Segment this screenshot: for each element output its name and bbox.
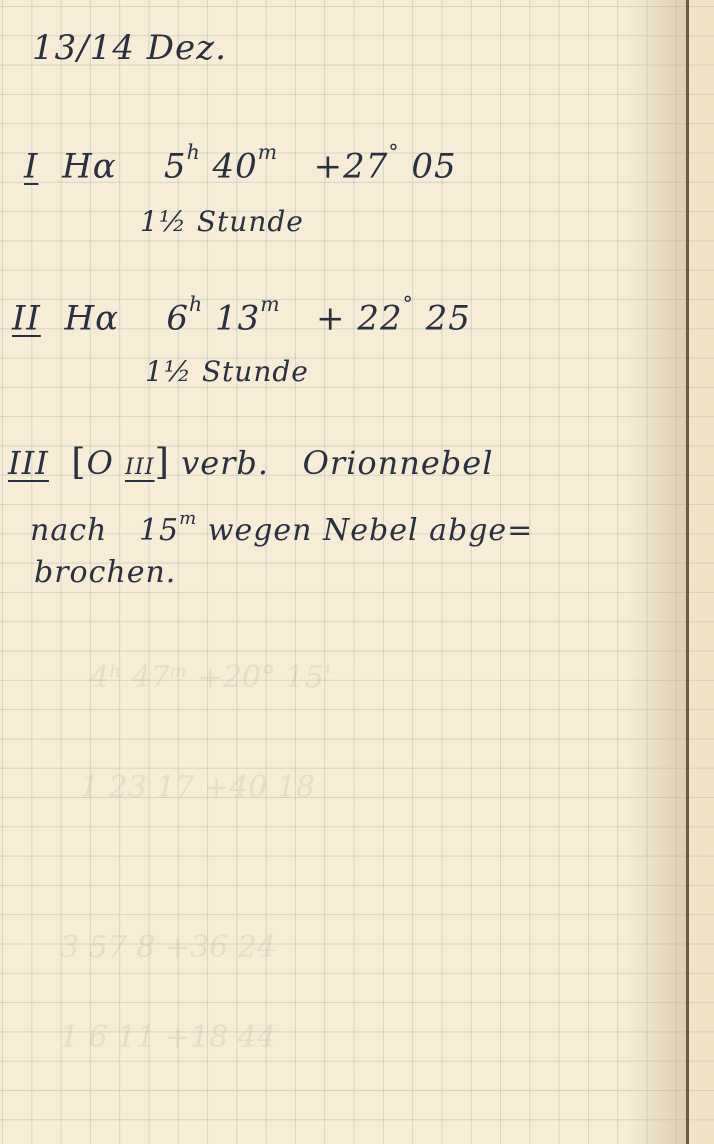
entry-2-ra-minutes: 13: [215, 298, 260, 338]
entry-3-time: 15: [139, 513, 179, 548]
entry-2-ra-hours: 6: [166, 298, 189, 338]
notebook-page: 4ʰ 47ᵐ +20° 15' 1 23 17 +40 18 3 57 8 +3…: [0, 0, 686, 1144]
entry-3-time-unit: m: [179, 508, 197, 529]
entry-3-target: Orionnebel: [303, 444, 494, 482]
show-through-text: 3 57 8 +36 24: [60, 930, 276, 965]
entry-3-rest: wegen Nebel abge=: [208, 513, 534, 548]
entry-2-duration-text: 1½ Stunde: [145, 355, 309, 388]
entry-3-bracket-open: [: [71, 440, 86, 483]
entry-3-ion-stage: III: [125, 454, 155, 480]
entry-3-numeral: III: [8, 444, 49, 482]
entry-2-ra-h-unit: h: [189, 292, 203, 316]
entry-1-dec-deg-unit: °: [388, 140, 399, 164]
entry-2-dec-deg-unit: °: [403, 292, 414, 316]
entry-3-line-1: III [O III] verb. Orionnebel: [8, 440, 493, 483]
entry-3-abbrev: verb.: [181, 444, 269, 482]
entry-1-ra-m-unit: m: [258, 140, 278, 164]
entry-1-duration-text: 1½ Stunde: [140, 205, 304, 238]
entry-1-filter: Hα: [62, 146, 117, 186]
entry-1-numeral: I: [24, 146, 38, 186]
entry-2-numeral: II: [12, 298, 41, 338]
entry-3-end: brochen.: [34, 555, 176, 590]
show-through-text: 1 6 11 +18 44: [60, 1020, 276, 1055]
entry-3-bracket-close: ]: [155, 440, 170, 483]
entry-3-line-2: nach 15m wegen Nebel abge=: [30, 508, 533, 548]
entry-1-ra-minutes: 40: [213, 146, 258, 186]
entry-2-filter: Hα: [65, 298, 120, 338]
entry-2-dec-minutes: 25: [426, 298, 471, 338]
entry-1-dec-degrees: 27: [343, 146, 388, 186]
entry-2-dec-degrees: 22: [357, 298, 402, 338]
date-heading: 13/14 Dez.: [32, 28, 227, 68]
entry-2-duration: 1½ Stunde: [145, 355, 309, 388]
entry-2-line: II Hα 6h 13m + 22° 25: [12, 292, 471, 338]
entry-3-line-3: brochen.: [34, 555, 176, 590]
show-through-text: 1 23 17 +40 18: [80, 770, 315, 805]
entry-1-ra-hours: 5: [164, 146, 187, 186]
show-through-text: 4ʰ 47ᵐ +20° 15': [90, 660, 332, 695]
entry-1-duration: 1½ Stunde: [140, 205, 304, 238]
entry-3-nach: nach: [30, 513, 107, 548]
date-text: 13/14 Dez.: [32, 28, 227, 68]
entry-1-dec-sign: +: [314, 146, 344, 186]
entry-2-dec-sign: +: [316, 298, 346, 338]
entry-2-ra-m-unit: m: [260, 292, 280, 316]
entry-1-line: I Hα 5h 40m +27° 05: [24, 140, 457, 186]
entry-3-ion: O: [87, 444, 114, 482]
facing-page-edge: [689, 0, 714, 1144]
entry-1-dec-minutes: 05: [411, 146, 456, 186]
entry-1-ra-h-unit: h: [187, 140, 201, 164]
